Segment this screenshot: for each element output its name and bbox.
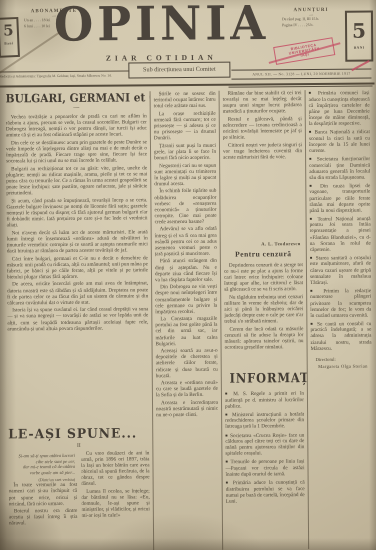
paragraph: La orașe rechizițiile urmează fără curma… [154, 111, 216, 142]
news-item-text: Trenurile de persoane pe linia Iași—Pașc… [225, 459, 304, 478]
brief-item-text: Starea sanitară a orașului este mulțumit… [310, 255, 371, 286]
paragraph: Deprinderea cenzurii de a șterge tot ce … [224, 262, 303, 293]
news-item-text: M. S. Regele a primit eri în audiență pe… [225, 391, 304, 410]
price-unit: Bani [0, 41, 17, 46]
lead-article-body: Vechea tovărășie a popoarelor de pradă c… [6, 113, 149, 422]
paragraph: Căci între bulgari, germani et C-ie nu e… [7, 255, 148, 280]
column-3: Rămâne dar bine stabilit că cei trei tov… [223, 90, 310, 550]
advertising-rate-line: Pagina IV . . . . 25 b. [282, 22, 340, 28]
paragraph: Adevărul se va afla odată întreg și el v… [155, 226, 217, 257]
bullet-square-icon: ■ [226, 480, 230, 485]
news-items: ■ M. S. Regele a primit eri în audiență … [225, 390, 305, 507]
brief-item-text: Societatea funcționarilor comerciali țin… [309, 156, 370, 181]
news-item: ■ Primăria aduce la cunoștință că distri… [226, 479, 305, 504]
page-content: 5 Bani ABONAMENTE — Un an . . . . 18 lei… [0, 0, 376, 550]
lead-headline: BULGARI, GERMANI et C-ie [6, 91, 136, 105]
paragraph: De aceea, oricâte încercări grele am mai… [7, 281, 148, 306]
paragraph: Cu vreo douăzeci de ani în urmă, prin 18… [81, 450, 150, 487]
second-headline: LE-AȘI SPUNE... [8, 426, 142, 442]
bullet-square-icon: ■ [225, 432, 228, 437]
second-article-left: Și-am să-ți spun atâtea lucruricâte stel… [8, 451, 77, 550]
article-signature: A. L. Teodorescu [224, 241, 301, 247]
newspaper-page: 5 Bani ABONAMENTE — Un an . . . . 18 lei… [0, 0, 376, 550]
column-2: Știrile ce ne sosesc din teritoriul ocup… [154, 91, 224, 550]
column-2-text: Știrile ce ne sosesc din teritoriul ocup… [154, 91, 219, 419]
paragraph: În schimb foile tipărite sub oblăduirea … [154, 188, 216, 225]
paragraph: Până atunci strângem din dinți și aștept… [155, 258, 217, 283]
advertising-rates: De rând pag. II, III 15 b.Pagina IV . . … [282, 17, 340, 28]
paragraph: Boierul nostru era dintre aceștia și Iaș… [9, 508, 78, 527]
body-columns: BULGARI, GERMANI et C-ie — Vechea tovără… [6, 90, 374, 550]
paragraph: Aceeași soartă au avut-o depozitele de c… [156, 348, 218, 379]
masthead-rule-secondary [229, 86, 373, 88]
bullet-square-icon: ■ [309, 129, 312, 134]
bullet-square-icon: ■ [309, 90, 314, 95]
paragraph: Rămâne dar bine stabilit că cei trei tov… [223, 90, 302, 115]
price-box-left: 5 Bani [0, 17, 20, 58]
news-item-text: Societatea «Crucea Roșie» face un căldur… [225, 432, 304, 457]
bullet-square-icon: ■ [310, 288, 317, 293]
footer-signature: Margareta Olga Sterian [311, 363, 368, 368]
brief-item-text: Primăria comunei Iași aduce la cunoștinț… [309, 90, 370, 127]
price-unit: BANI [347, 46, 371, 50]
paragraph: Negustorii cari nu se supun sunt ameninț… [154, 162, 216, 187]
paragraph: Lumea îl ocolea, se înțelege; dar bătrân… [81, 488, 150, 519]
paragraph: Cerem dar încă odată ca măsurile cenzuri… [224, 326, 303, 351]
headline-divider: — [6, 104, 147, 112]
briefs-list: ■ Primăria comunei Iași aduce la cunoști… [309, 90, 372, 354]
paragraph: Istoria își va spune cuvântul ei. Iar câ… [7, 307, 148, 332]
news-item: ■ M. S. Regele a primit eri în audiență … [225, 390, 304, 409]
date-line: ANUL XII. — No. 3128 — LUNI, 20 NOEMBRIE… [231, 69, 371, 80]
motto: Și-am să-ți spun atâtea lucruricâte stel… [16, 453, 75, 476]
bullet-square-icon: ■ [310, 255, 314, 260]
bullet-square-icon: ■ [225, 411, 229, 416]
paragraph: Și acum, când prada se împuținează, tova… [6, 197, 147, 229]
paragraph: Din Dobrogea ne vin vești despre noui ne… [155, 284, 217, 315]
column-3-top-text: Rămâne dar bine stabilit că cei trei tov… [223, 90, 303, 241]
column-1: BULGARI, GERMANI et C-ie — Vechea tovără… [6, 91, 155, 550]
bullet-square-icon: ■ [310, 216, 315, 221]
imprint-line: Redacția și Administrația: Tipografia M.… [0, 70, 129, 79]
news-item-text: Primăria aduce la cunoștință că distribu… [226, 480, 305, 505]
second-article-columns: Și-am să-ți spun atâtea lucruricâte stel… [8, 450, 150, 550]
paragraph: Aceasta e «ordinea nouă» cu care se laud… [156, 380, 218, 399]
library-stamp: BIBLIOTECA UNIVERSITĂȚII IAȘI [273, 37, 335, 65]
bullet-square-icon: ■ [309, 183, 315, 188]
paragraph: Știrile ce ne sosesc din teritoriul ocup… [154, 91, 216, 110]
brief-item-text: Primim la redacție numeroase plângeri pr… [310, 288, 371, 319]
paragraph: Restul e gâlceavă, pândă și neîncredere … [223, 116, 302, 141]
brief-item: ■ Se caută un contabil cu practică îndel… [310, 320, 371, 351]
second-article-left-text: În toate vremurile au fost oameni cari ș… [9, 482, 78, 527]
brief-item-text: Banca Națională a ridicat scontul la cin… [309, 129, 370, 154]
bullet-square-icon: ■ [309, 156, 314, 161]
second-article-right: Cu vreo douăzeci de ani în urmă, prin 18… [81, 450, 150, 550]
brief-item-text: Din cauza lipsei de vagoane, transportur… [309, 183, 370, 214]
brief-item-text: Se caută un contabil cu practică îndelun… [310, 321, 371, 352]
news-section-title: INFORMAȚII [230, 371, 300, 387]
bullet-square-icon: ■ [225, 391, 230, 396]
second-article-right-text: Cu vreo douăzeci de ani în urmă, prin 18… [81, 450, 150, 519]
brief-item: ■ Primăria comunei Iași aduce la cunoști… [309, 90, 370, 128]
paragraph: La Constanța magaziile portului au fost … [155, 316, 217, 347]
news-item: ■ Trenurile de persoane pe linia Iași—Pa… [225, 459, 304, 478]
advertising-block: ANUNȚURI — De rând pag. II, III 15 b.Pag… [282, 8, 340, 28]
paragraph: Din cele ce se destăinuesc acum prin gaz… [6, 139, 147, 164]
price-box-right: 5 BANI [345, 11, 373, 62]
brief-item: ■ Primim la redacție numeroase plângeri … [310, 287, 371, 318]
paragraph: Noi n'avem decât să luăm act de aceste m… [7, 229, 148, 254]
paragraph: Bulgarii au rechiziționat tot ce au găsi… [6, 165, 147, 197]
newspaper-title: OPINIA [54, 0, 268, 52]
brief-item: ■ Societatea funcționarilor comerciali ț… [309, 156, 370, 181]
paragraph: Aceasta e încredințarea noastră nestrămu… [156, 400, 218, 419]
masthead: 5 Bani ABONAMENTE — Un an . . . . 18 lei… [0, 0, 374, 85]
brief-item-text: Teatrul Național anunță pentru Joi seara… [310, 216, 371, 253]
bullet-square-icon: ■ [225, 459, 228, 464]
paragraph: Țăranii sunt puși la munci grele, iar pl… [154, 143, 216, 162]
brief-item: ■ Teatrul Național anunță pentru Joi sea… [310, 215, 371, 253]
news-item: ■ Societatea «Crucea Roșie» face un căld… [225, 432, 304, 457]
brief-item: ■ Banca Națională a ridicat scontul la c… [309, 129, 370, 154]
news-item: ■ Ministerul instrucțiunii a hotărât red… [225, 411, 304, 430]
price-value: 5 [347, 16, 371, 46]
direction-box: Sub direcțiunea unui Comitet [128, 62, 230, 79]
price-value: 5 [0, 19, 17, 42]
paragraph: Vechea tovărășie a popoarelor de pradă c… [6, 113, 147, 138]
news-item-text: Ministerul instrucțiunii a hotărât redes… [225, 411, 304, 430]
censorship-section-title: Pentru cenzură [224, 249, 303, 259]
paragraph: În toate vremurile au fost oameni cari ș… [9, 482, 78, 507]
brief-item: ■ Din cauza lipsei de vagoane, transport… [309, 182, 370, 213]
column-4-footer: Directorul: Margareta Olga Sterian [311, 356, 372, 368]
footer-label: Directorul: [311, 356, 372, 361]
bullet-square-icon: ■ [310, 321, 314, 326]
paragraph: Cititorii noștri vor judeca singuri și v… [223, 142, 302, 161]
brief-item: ■ Starea sanitară a orașului este mulțum… [310, 254, 371, 285]
paragraph: Nu tăgăduim trebuința unei cenzuri milit… [224, 294, 303, 325]
column-4: ■ Primăria comunei Iași aduce la cunoști… [309, 90, 374, 549]
censorship-section-text: Deprinderea cenzurii de a șterge tot ce … [224, 262, 304, 367]
motto-line: vorbe goale am să pier... [17, 470, 76, 476]
